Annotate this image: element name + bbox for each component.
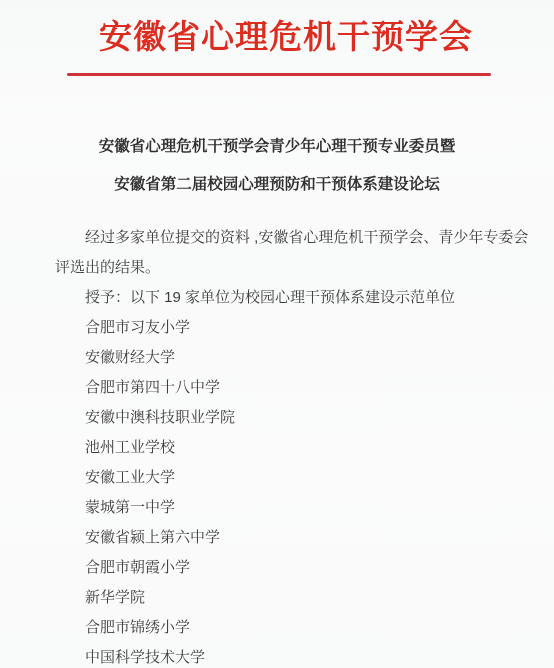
- document: 安徽省心理危机干预学会 安徽省心理危机干预学会青少年心理干预专业委员暨 安徽省第…: [0, 0, 554, 668]
- list-item: 合肥市朝霞小学: [85, 553, 504, 583]
- unit-list: 合肥市习友小学安徽财经大学合肥市第四十八中学安徽中澳科技职业学院池州工业学校安徽…: [55, 313, 504, 668]
- list-item: 合肥市锦绣小学: [85, 613, 504, 643]
- list-item: 蒙城第一中学: [85, 493, 504, 523]
- page: { "colors": { "title_red": "#dc2b1f", "d…: [0, 0, 554, 668]
- intro-line-2: 评选出的结果。: [55, 253, 504, 283]
- list-item: 合肥市第四十八中学: [85, 373, 504, 403]
- list-item: 合肥市习友小学: [85, 313, 504, 343]
- list-item: 新华学院: [85, 583, 504, 613]
- list-item: 安徽财经大学: [85, 343, 504, 373]
- heading-line-2: 安徽省第二届校园心理预防和干预体系建设论坛: [0, 175, 554, 195]
- org-title: 安徽省心理危机干预学会: [0, 14, 554, 60]
- heading-line-1: 安徽省心理危机干预学会青少年心理干预专业委员暨: [0, 137, 554, 157]
- list-item: 安徽中澳科技职业学院: [85, 403, 504, 433]
- intro-line-1: 经过多家单位提交的资料 ,安徽省心理危机干预学会、青少年专委会: [55, 223, 504, 253]
- document-heading: 安徽省心理危机干预学会青少年心理干预专业委员暨 安徽省第二届校园心理预防和干预体…: [0, 137, 554, 195]
- list-item: 安徽工业大学: [85, 463, 504, 493]
- letterhead-divider: [67, 73, 491, 76]
- letterhead: 安徽省心理危机干预学会: [0, 14, 554, 76]
- award-statement: 授予：以下 19 家单位为校园心理干预体系建设示范单位: [55, 283, 504, 313]
- document-body: 经过多家单位提交的资料 ,安徽省心理危机干预学会、青少年专委会 评选出的结果。 …: [55, 223, 504, 668]
- list-item: 中国科学技术大学: [85, 643, 504, 668]
- list-item: 池州工业学校: [85, 433, 504, 463]
- list-item: 安徽省颍上第六中学: [85, 523, 504, 553]
